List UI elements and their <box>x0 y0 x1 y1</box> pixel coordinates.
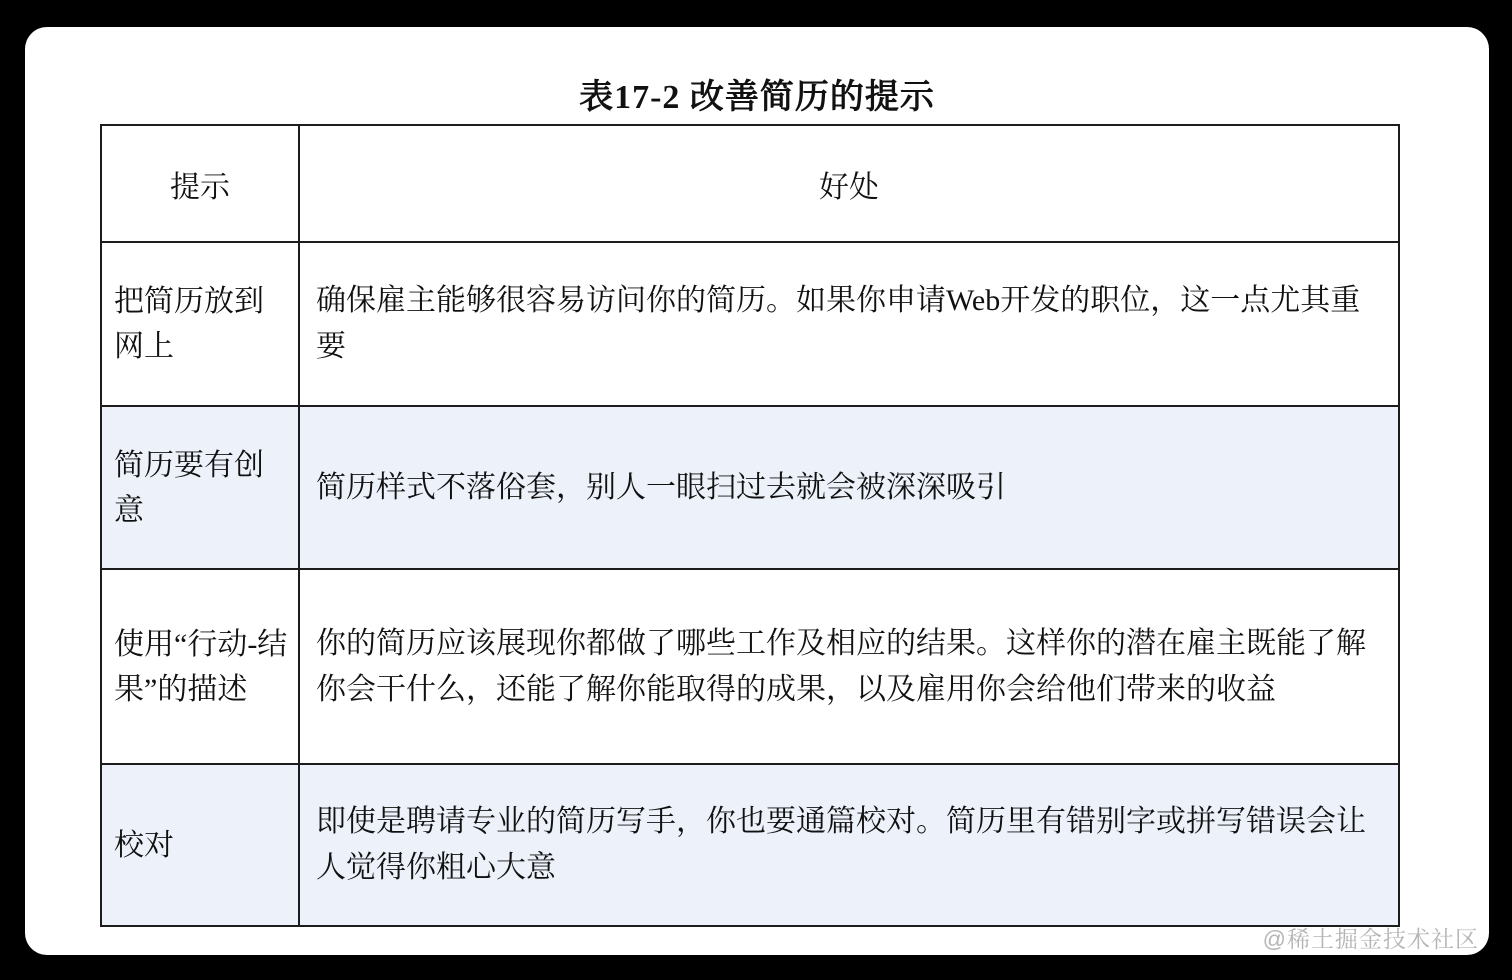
header-row: 提示 好处 <box>101 125 1399 242</box>
content-card: 表17-2 改善简历的提示 提示 好处 把简历放到网上 确保雇主能够很容易访问你… <box>25 27 1489 955</box>
table-row: 把简历放到网上 确保雇主能够很容易访问你的简历。如果你申请Web开发的职位，这一… <box>101 242 1399 406</box>
watermark: @稀土掘金技术社区 <box>1263 921 1479 954</box>
tip-cell: 简历要有创意 <box>101 406 299 569</box>
benefit-cell: 简历样式不落俗套，别人一眼扫过去就会被深深吸引 <box>299 406 1399 569</box>
tip-cell: 使用“行动-结果”的描述 <box>101 569 299 764</box>
tip-cell: 校对 <box>101 764 299 926</box>
resume-tips-table: 提示 好处 把简历放到网上 确保雇主能够很容易访问你的简历。如果你申请Web开发… <box>100 124 1400 927</box>
tip-cell: 把简历放到网上 <box>101 242 299 406</box>
column-header-tip: 提示 <box>101 125 299 242</box>
benefit-cell: 确保雇主能够很容易访问你的简历。如果你申请Web开发的职位，这一点尤其重要 <box>299 242 1399 406</box>
benefit-cell: 你的简历应该展现你都做了哪些工作及相应的结果。这样你的潜在雇主既能了解你会干什么… <box>299 569 1399 764</box>
column-header-benefit: 好处 <box>299 125 1399 242</box>
page-title: 表17-2 改善简历的提示 <box>25 69 1489 118</box>
benefit-cell: 即使是聘请专业的简历写手，你也要通篇校对。简历里有错别字或拼写错误会让人觉得你粗… <box>299 764 1399 926</box>
table-row: 校对 即使是聘请专业的简历写手，你也要通篇校对。简历里有错别字或拼写错误会让人觉… <box>101 764 1399 926</box>
table-row: 简历要有创意 简历样式不落俗套，别人一眼扫过去就会被深深吸引 <box>101 406 1399 569</box>
table-row: 使用“行动-结果”的描述 你的简历应该展现你都做了哪些工作及相应的结果。这样你的… <box>101 569 1399 764</box>
